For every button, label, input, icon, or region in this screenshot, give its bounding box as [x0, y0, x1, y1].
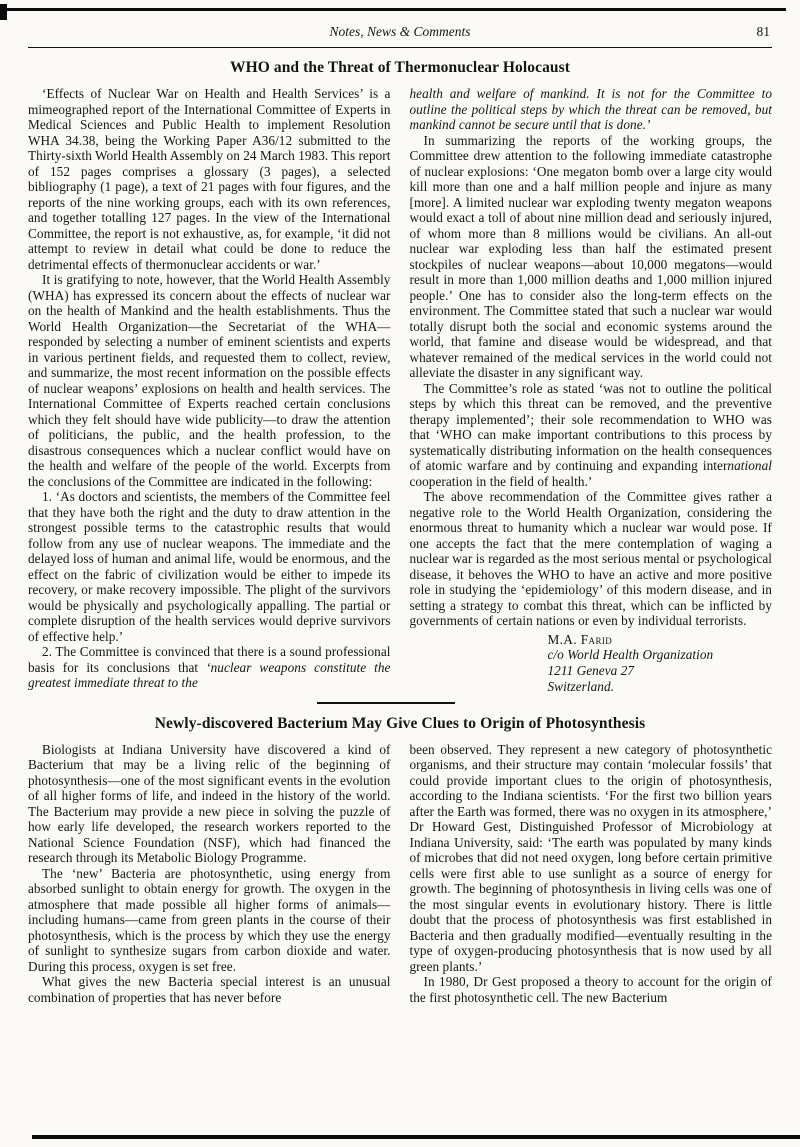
section-title: Notes, News & Comments	[28, 22, 772, 42]
text-segment: health and welfare of mankind. It is not…	[410, 86, 773, 132]
paragraph: 1. ‘As doctors and scientists, the membe…	[28, 489, 391, 644]
text-segment: What gives the new Bacteria special inte…	[28, 974, 391, 1005]
text-segment: cooperation in the field of health.’	[410, 474, 593, 489]
text-segment: In 1980, Dr Gest proposed a theory to ac…	[410, 974, 773, 1005]
article-title: WHO and the Threat of Thermonuclear Holo…	[28, 59, 772, 77]
text-segment: been observed. They represent a new cate…	[410, 742, 773, 974]
text-segment: 1. ‘As doctors and scientists, the membe…	[28, 489, 391, 644]
page-top-edge-rule	[0, 8, 786, 11]
article-columns: Biologists at Indiana University have di…	[28, 742, 772, 1006]
scan-artifact	[0, 4, 7, 20]
left-column: Biologists at Indiana University have di…	[28, 742, 391, 1006]
paragraph: The Committee’s role as stated ‘was not …	[410, 381, 773, 490]
journal-page: Notes, News & Comments 81 WHO and the Th…	[0, 0, 800, 1147]
text-segment: Biologists at Indiana University have di…	[28, 742, 391, 866]
text-segment: In summarizing the reports of the workin…	[410, 133, 773, 381]
author-address-line: Switzerland.	[548, 679, 773, 695]
paragraph: The above recommendation of the Committe…	[410, 489, 773, 629]
article-columns: ‘Effects of Nuclear War on Health and He…	[28, 86, 772, 695]
article-who-thermonuclear: WHO and the Threat of Thermonuclear Holo…	[28, 59, 772, 695]
right-column: health and welfare of mankind. It is not…	[410, 86, 773, 695]
text-segment: The ‘new’ Bacteria are photosynthetic, u…	[28, 866, 391, 974]
article-separator-rule	[317, 702, 455, 704]
author-signature: M.A. Farid c/o World Health Organization…	[410, 632, 773, 695]
paragraph: been observed. They represent a new cate…	[410, 742, 773, 975]
author-address-line: c/o World Health Organization	[548, 647, 773, 663]
paragraph: ‘Effects of Nuclear War on Health and He…	[28, 86, 391, 272]
page-number: 81	[757, 22, 771, 42]
right-column: been observed. They represent a new cate…	[410, 742, 773, 1006]
article-bacterium-photosynthesis: Newly-discovered Bacterium May Give Clue…	[28, 715, 772, 1006]
author-address-line: 1211 Geneva 27	[548, 663, 773, 679]
paragraph: The ‘new’ Bacteria are photosynthetic, u…	[28, 866, 391, 975]
text-segment: It is gratifying to note, however, that …	[28, 272, 391, 489]
paragraph: What gives the new Bacteria special inte…	[28, 974, 391, 1005]
paragraph: 2. The Committee is convinced that there…	[28, 644, 391, 691]
paragraph: In 1980, Dr Gest proposed a theory to ac…	[410, 974, 773, 1005]
text-segment: ‘Effects of Nuclear War on Health and He…	[28, 86, 391, 272]
left-column: ‘Effects of Nuclear War on Health and He…	[28, 86, 391, 695]
page-bottom-edge-rule	[32, 1135, 800, 1139]
running-head: Notes, News & Comments 81	[28, 22, 772, 42]
text-segment: The above recommendation of the Committe…	[410, 489, 773, 628]
paragraph: health and welfare of mankind. It is not…	[410, 86, 773, 133]
paragraph: It is gratifying to note, however, that …	[28, 272, 391, 489]
paragraph: In summarizing the reports of the workin…	[410, 133, 773, 381]
header-rule	[28, 47, 772, 48]
page-content: Notes, News & Comments 81 WHO and the Th…	[0, 0, 800, 1005]
paragraph: Biologists at Indiana University have di…	[28, 742, 391, 866]
text-segment: national	[727, 458, 772, 473]
author-name: M.A. Farid	[548, 632, 773, 648]
article-title: Newly-discovered Bacterium May Give Clue…	[28, 715, 772, 733]
text-segment: The Committee’s role as stated ‘was not …	[410, 381, 773, 474]
